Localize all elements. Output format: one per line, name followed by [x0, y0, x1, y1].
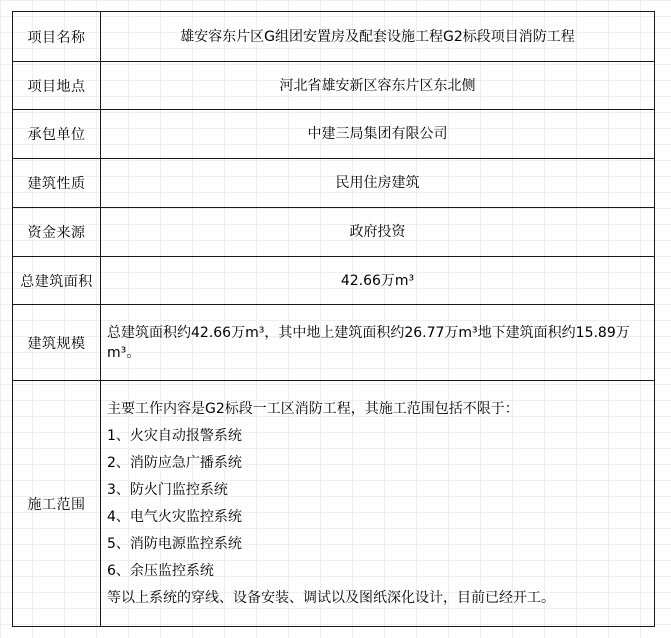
- cell-building-scale: 总建筑面积约42.66万m³，其中地上建筑面积约26.77万m³地下建筑面积约1…: [101, 305, 654, 380]
- scope-item-3: 3、防火门监控系统: [107, 477, 228, 504]
- table-row-building-scale: 建筑规模 总建筑面积约42.66万m³，其中地上建筑面积约26.77万m³地下建…: [13, 304, 654, 380]
- table-row-project-location: 项目地点 河北省雄安新区容东片区东北侧: [13, 61, 654, 109]
- cell-funding-source: 政府投资: [101, 208, 654, 256]
- scope-item-4: 4、电气火灾监控系统: [107, 504, 242, 531]
- table-row-total-floor-area: 总建筑面积 42.66万m³: [13, 256, 654, 304]
- scope-item-2: 2、消防应急广播系统: [107, 450, 242, 477]
- table-row-project-name: 项目名称 雄安容东片区G组团安置房及配套设施工程G2标段项目消防工程: [13, 12, 654, 61]
- scope-item-6: 6、余压监控系统: [107, 558, 214, 585]
- cell-project-name: 雄安容东片区G组团安置房及配套设施工程G2标段项目消防工程: [101, 12, 654, 61]
- scope-closing-line: 等以上系统的穿线、设备安装、调试以及图纸深化设计，目前已经开工。: [107, 585, 555, 612]
- table-row-funding-source: 资金来源 政府投资: [13, 207, 654, 256]
- cell-construction-scope: 主要工作内容是G2标段一工区消防工程，其施工范围包括不限于： 1、火灾自动报警系…: [101, 381, 654, 626]
- row-label-contractor: 承包单位: [13, 110, 101, 158]
- cell-total-floor-area: 42.66万m³: [101, 257, 654, 304]
- table-row-building-nature: 建筑性质 民用住房建筑: [13, 158, 654, 207]
- row-label-project-location: 项目地点: [13, 62, 101, 109]
- cell-building-nature: 民用住房建筑: [101, 159, 654, 207]
- row-label-building-nature: 建筑性质: [13, 159, 101, 207]
- row-label-total-floor-area: 总建筑面积: [13, 257, 101, 304]
- cell-contractor: 中建三局集团有限公司: [101, 110, 654, 158]
- row-label-construction-scope: 施工范围: [13, 381, 101, 626]
- row-label-funding-source: 资金来源: [13, 208, 101, 256]
- scope-item-5: 5、消防电源监控系统: [107, 531, 242, 558]
- project-info-table: 项目名称 雄安容东片区G组团安置房及配套设施工程G2标段项目消防工程 项目地点 …: [12, 11, 655, 627]
- scope-item-1: 1、火灾自动报警系统: [107, 423, 242, 450]
- spreadsheet-canvas: { "table": { "rows": [ { "label": "项目名称"…: [0, 0, 671, 638]
- cell-project-location: 河北省雄安新区容东片区东北侧: [101, 62, 654, 109]
- row-label-project-name: 项目名称: [13, 12, 101, 61]
- table-row-construction-scope: 施工范围 主要工作内容是G2标段一工区消防工程，其施工范围包括不限于： 1、火灾…: [13, 380, 654, 626]
- table-row-contractor: 承包单位 中建三局集团有限公司: [13, 109, 654, 158]
- scope-intro-line: 主要工作内容是G2标段一工区消防工程，其施工范围包括不限于：: [107, 396, 519, 423]
- row-label-building-scale: 建筑规模: [13, 305, 101, 380]
